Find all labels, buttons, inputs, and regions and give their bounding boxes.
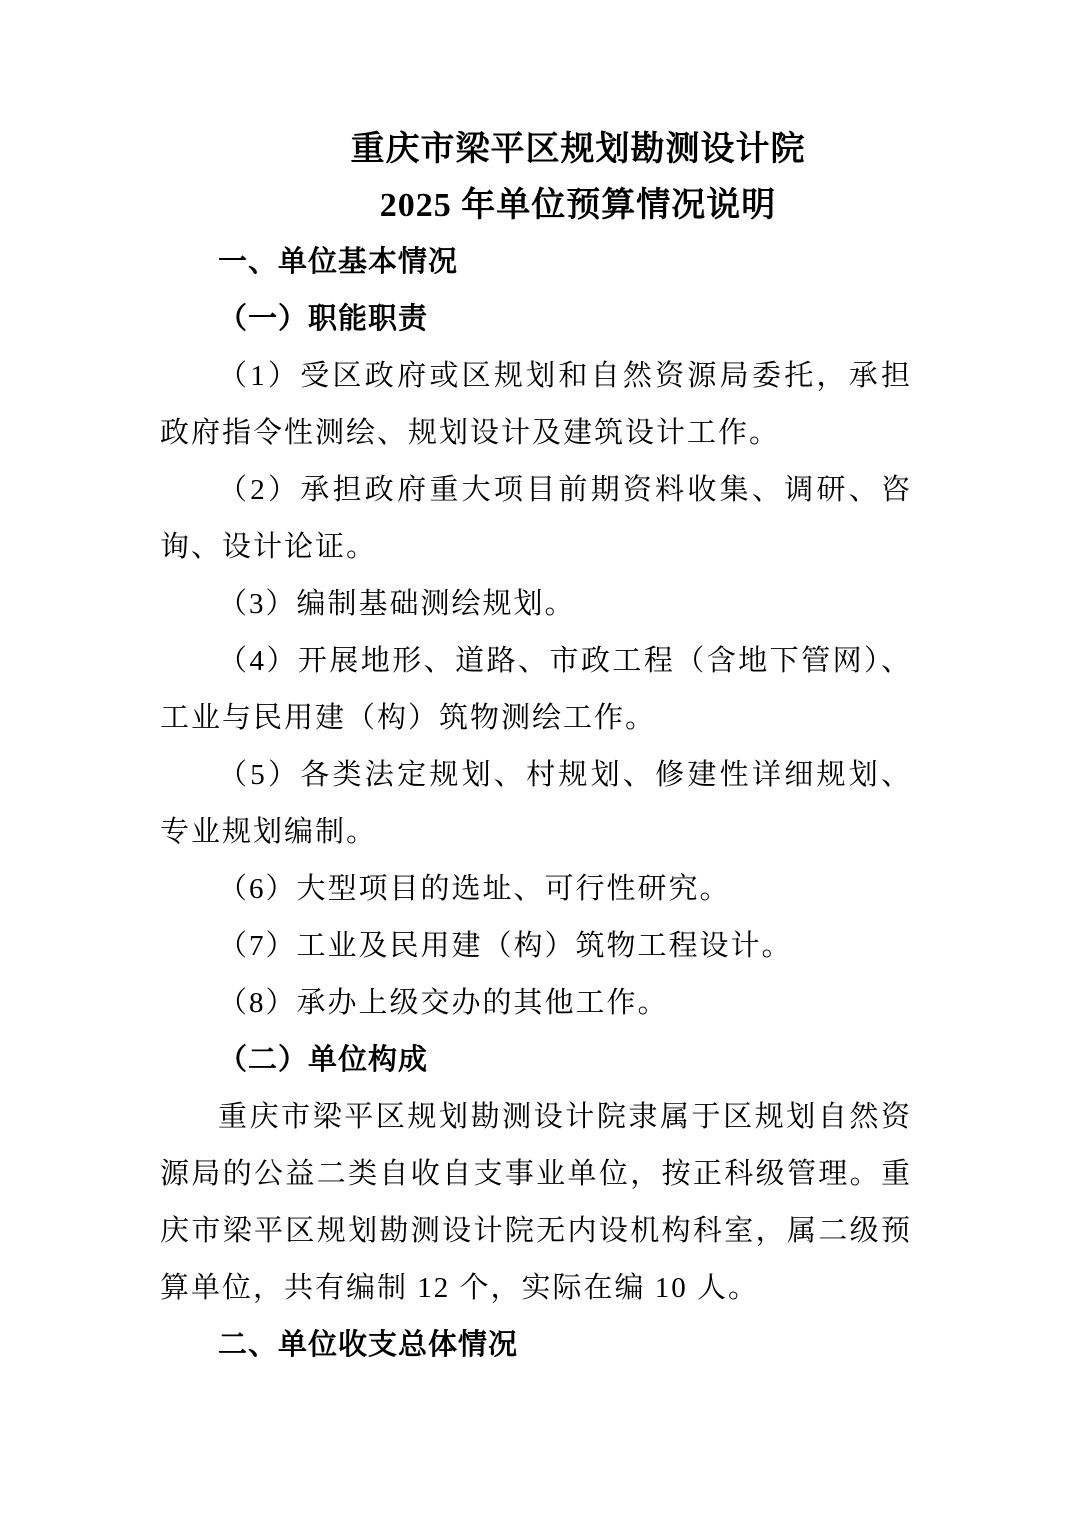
duty-item-6: （6）大型项目的选址、可行性研究。 <box>160 861 912 918</box>
duty-item-4: （4）开展地形、道路、市政工程（含地下管网）、工业与民用建（构）筑物测绘工作。 <box>160 633 912 747</box>
subsection-1-1-heading: （一）职能职责 <box>160 291 912 348</box>
document-title: 重庆市梁平区规划勘测设计院 <box>202 122 954 178</box>
document-page: 重庆市梁平区规划勘测设计院 2025 年单位预算情况说明 一、单位基本情况 （一… <box>0 0 1074 1520</box>
section-2-heading: 二、单位收支总体情况 <box>160 1317 912 1374</box>
unit-composition-paragraph: 重庆市梁平区规划勘测设计院隶属于区规划自然资源局的公益二类自收自支事业单位，按正… <box>160 1089 912 1317</box>
document-subtitle: 2025 年单位预算情况说明 <box>202 178 954 234</box>
duty-item-5: （5）各类法定规划、村规划、修建性详细规划、专业规划编制。 <box>160 747 912 861</box>
duty-item-8: （8）承办上级交办的其他工作。 <box>160 975 912 1032</box>
duty-item-3: （3）编制基础测绘规划。 <box>160 576 912 633</box>
section-1-heading: 一、单位基本情况 <box>160 234 912 291</box>
title-block: 重庆市梁平区规划勘测设计院 2025 年单位预算情况说明 <box>202 122 954 234</box>
subsection-1-2-heading: （二）单位构成 <box>160 1032 912 1089</box>
duty-item-7: （7）工业及民用建（构）筑物工程设计。 <box>160 918 912 975</box>
duty-item-2: （2）承担政府重大项目前期资料收集、调研、咨询、设计论证。 <box>160 462 912 576</box>
duty-item-1: （1）受区政府或区规划和自然资源局委托，承担政府指令性测绘、规划设计及建筑设计工… <box>160 348 912 462</box>
